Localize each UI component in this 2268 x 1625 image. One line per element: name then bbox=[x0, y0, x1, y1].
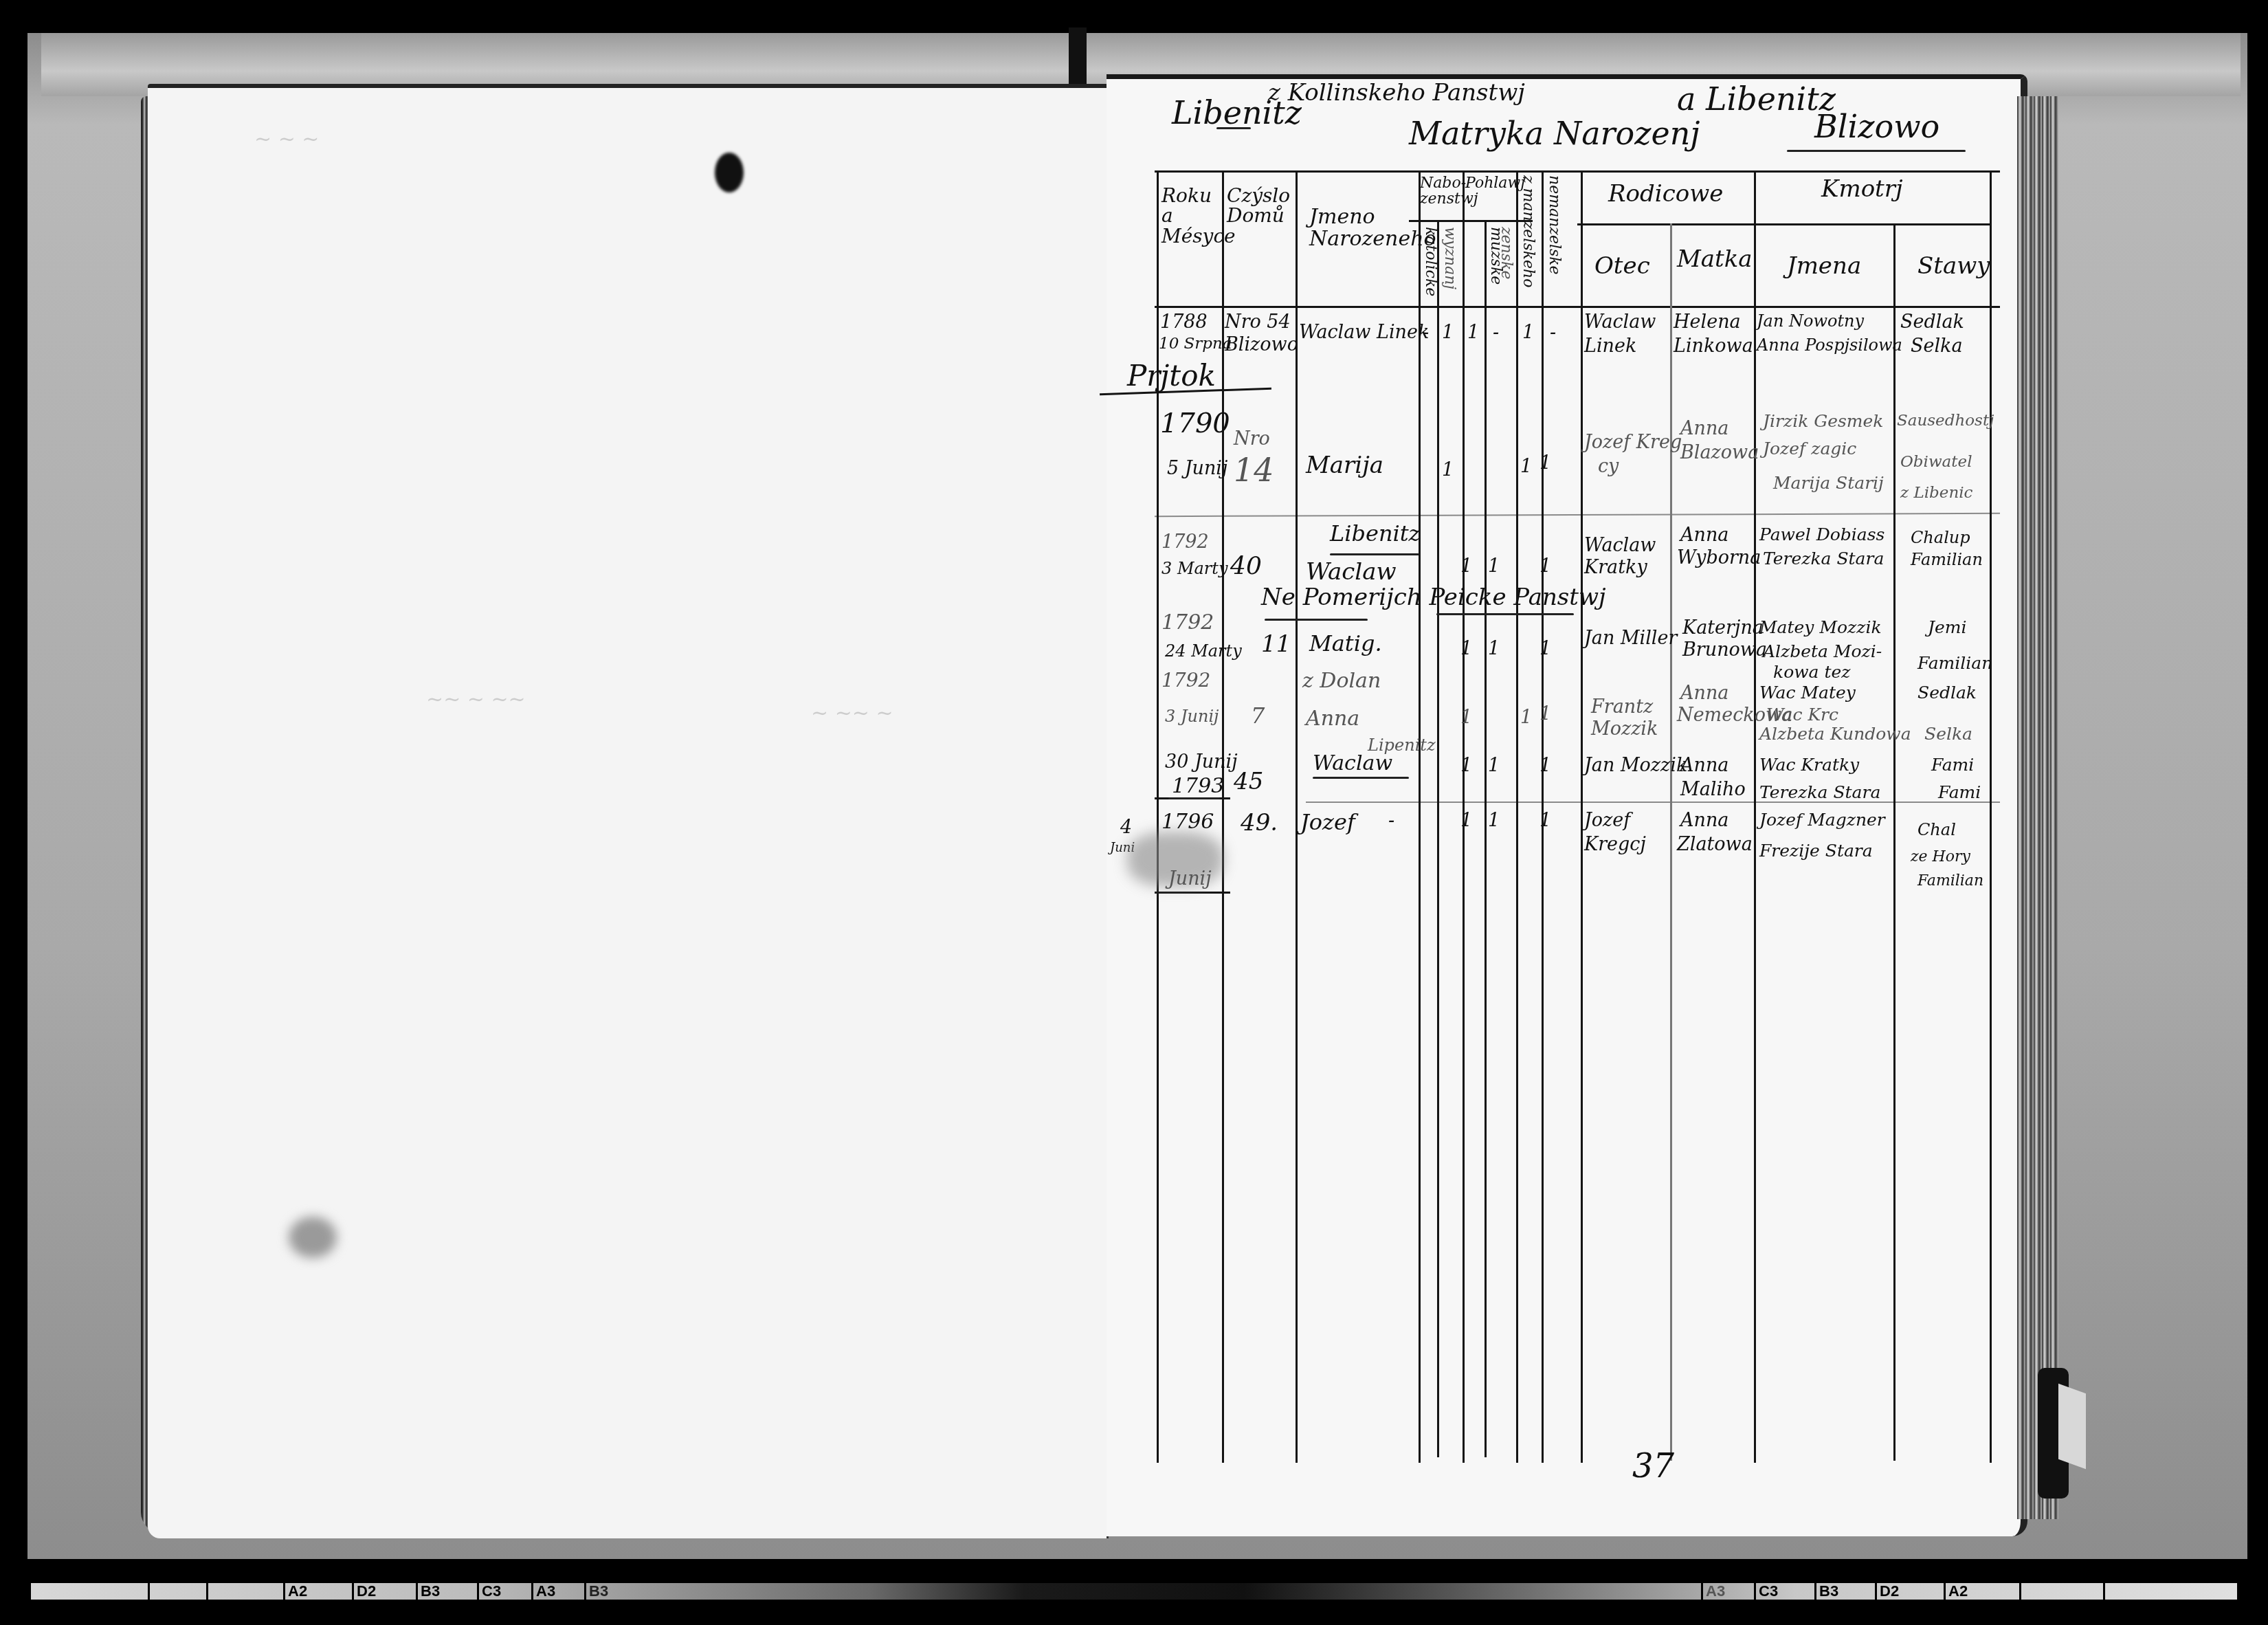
scale-label: A3 bbox=[531, 1583, 583, 1600]
entry-mother: Anna bbox=[1680, 811, 1728, 830]
header-religion-catholic: katolicke bbox=[1423, 227, 1438, 296]
entry-status: Sedlak bbox=[1900, 313, 1964, 332]
entry-mother: Anna bbox=[1680, 756, 1728, 775]
header-sex-female: zenske bbox=[1498, 227, 1514, 279]
entry-mark: 1 bbox=[1539, 705, 1551, 724]
row-divider bbox=[1155, 892, 1230, 894]
entry-child-name: Marija bbox=[1306, 454, 1383, 478]
entry-mark: 1 bbox=[1520, 708, 1532, 727]
header-sex: Pohlawj bbox=[1465, 175, 1525, 191]
place-underline bbox=[1330, 553, 1419, 555]
right-page-edge bbox=[2017, 96, 2058, 1519]
header-parents: Rodicowe bbox=[1608, 182, 1723, 207]
entry-status: Fami bbox=[1931, 756, 1974, 774]
header-date: Roku a Mésyce bbox=[1161, 186, 1220, 246]
entry-father-surname: Linek bbox=[1584, 337, 1636, 356]
name-underline bbox=[1313, 777, 1409, 779]
entry-godparent: Frezije Stara bbox=[1759, 842, 1873, 860]
scale-label: B3 bbox=[1814, 1583, 1875, 1600]
header-legitimate: z manzelskeho bbox=[1520, 175, 1536, 287]
col-line bbox=[1296, 170, 1298, 1463]
entry-mark: 1 bbox=[1488, 756, 1500, 775]
entry-mark: 1 bbox=[1539, 454, 1551, 473]
scale-label: A2 bbox=[1944, 1583, 2019, 1600]
bleed-through-text: ~ ~~ ~ bbox=[811, 701, 893, 725]
entry-status: Familian bbox=[1911, 551, 1983, 568]
entry-status: Selka bbox=[1924, 725, 1972, 743]
entry-house: Nro bbox=[1234, 430, 1270, 449]
col-line bbox=[1581, 170, 1583, 1463]
entry-godparent: Wac Matey bbox=[1759, 684, 1856, 702]
margin-note-day: 4 bbox=[1120, 818, 1132, 837]
col-line bbox=[1419, 170, 1421, 1463]
entry-day-month: 10 Srpna bbox=[1159, 335, 1232, 352]
title-parish: a Libenitz bbox=[1677, 82, 1836, 115]
entry-day-month: Junij bbox=[1168, 870, 1212, 889]
entry-mark: 1 bbox=[1522, 323, 1534, 342]
entry-mark: 1 bbox=[1539, 557, 1551, 576]
entry-status: Obiwatel bbox=[1900, 454, 1972, 470]
entry-status: Chal bbox=[1917, 821, 1956, 839]
entry-mother-surname: Brunowa bbox=[1682, 641, 1767, 660]
header-name: Jmeno Narozeneho bbox=[1309, 206, 1412, 250]
entry-mother-surname: Linkowa bbox=[1674, 337, 1753, 356]
scale-label: A3 bbox=[1701, 1583, 1753, 1600]
entry-status: Selka bbox=[1911, 337, 1963, 356]
scale-label: B3 bbox=[584, 1583, 632, 1600]
entry-mark: - bbox=[1550, 323, 1556, 342]
header-godparent-names: Jmena bbox=[1787, 254, 1861, 279]
col-line bbox=[1485, 220, 1487, 1457]
entry-day-month: 30 Junij bbox=[1165, 753, 1238, 772]
entry-mother-surname: Maliho bbox=[1680, 780, 1746, 799]
col-line bbox=[1754, 170, 1756, 1463]
entry-father: Jozef bbox=[1584, 811, 1630, 830]
entry-mother-surname: Zlatowa bbox=[1677, 835, 1753, 854]
header-mother: Matka bbox=[1677, 247, 1753, 272]
entry-day-month: 3 Marty bbox=[1161, 560, 1227, 577]
grid-top bbox=[1155, 170, 2000, 173]
entry-mark: 1 bbox=[1460, 811, 1472, 830]
entry-child-name: Anna bbox=[1306, 708, 1359, 730]
col-line bbox=[1893, 223, 1895, 1461]
entry-mother-surname: Wyborna bbox=[1677, 549, 1761, 568]
entry-godparent: Terezka Stara bbox=[1763, 550, 1884, 568]
entry-house: 40 bbox=[1230, 553, 1262, 579]
entry-status: Jemi bbox=[1928, 619, 1967, 637]
scale-label: C3 bbox=[477, 1583, 529, 1600]
entry-mark: 1 bbox=[1539, 639, 1551, 659]
title-estate: z Kollinskeho Panstwj bbox=[1268, 81, 1525, 106]
entry-godparent: kowa tez bbox=[1773, 663, 1850, 681]
entry-year: 1792 bbox=[1161, 612, 1214, 634]
entry-year: 1788 bbox=[1160, 313, 1208, 332]
entry-mark: 1 bbox=[1460, 708, 1472, 727]
entry-mother: Anna bbox=[1680, 684, 1728, 703]
entry-father-surname: Kregcj bbox=[1584, 835, 1646, 854]
entry-mark: 1 bbox=[1488, 811, 1500, 830]
entry-mark: 1 bbox=[1488, 557, 1500, 576]
scale-cell bbox=[2103, 1583, 2192, 1600]
header-godparent-status: Stawy bbox=[1917, 254, 1990, 279]
entry-mark: 1 bbox=[1539, 811, 1551, 830]
entry-father: Waclaw bbox=[1584, 313, 1656, 332]
entry-godparent: Alzbeta Mozi- bbox=[1763, 643, 1882, 661]
entry-mark: 1 bbox=[1539, 756, 1551, 775]
col-line bbox=[1437, 220, 1439, 1457]
side-note: Prjtok bbox=[1127, 361, 1216, 391]
entry-status: Fami bbox=[1938, 784, 1981, 802]
date-underline bbox=[1168, 797, 1220, 799]
header-father: Otec bbox=[1594, 254, 1650, 279]
entry-mark: - bbox=[1493, 323, 1499, 342]
header-house-number: Czýslo Domů bbox=[1227, 186, 1289, 226]
entry-father: Jan Mozzik bbox=[1584, 756, 1687, 775]
entry-year: 1792 bbox=[1161, 533, 1209, 552]
entry-father: Jozef Kreg bbox=[1584, 433, 1682, 452]
header-godparents: Kmotrj bbox=[1821, 177, 1903, 202]
entry-place-header: Ne Pomerijch Peicke Panstwj bbox=[1261, 586, 1606, 610]
col-line bbox=[1516, 170, 1518, 1463]
entry-year: 1796 bbox=[1161, 811, 1214, 833]
entry-godparent: Wac Krc bbox=[1766, 706, 1838, 724]
entry-father: Frantz bbox=[1591, 698, 1653, 717]
entry-godparent: Terezka Stara bbox=[1759, 784, 1880, 802]
entry-house: 49. bbox=[1241, 811, 1278, 836]
ink-stain bbox=[715, 153, 744, 192]
entry-godparent: Alzbeta Kundowa bbox=[1759, 725, 1911, 743]
grid-sub bbox=[1409, 220, 1533, 222]
right-page bbox=[1107, 74, 2027, 1536]
entry-house-number: 14 bbox=[1234, 454, 1274, 487]
entry-house: 45 bbox=[1234, 770, 1263, 795]
entry-mark: 1 bbox=[1460, 639, 1472, 659]
entry-godparent: Pawel Dobiass bbox=[1759, 526, 1885, 544]
scale-label: C3 bbox=[1754, 1583, 1814, 1600]
entry-mother-surname: Blazowa bbox=[1680, 443, 1759, 463]
row-divider bbox=[1306, 802, 2000, 803]
scale-cell bbox=[2019, 1583, 2102, 1600]
entry-godparent: Jan Nowotny bbox=[1757, 313, 1864, 330]
entry-father: Jan Miller bbox=[1584, 629, 1677, 648]
entry-father-surname: Mozzik bbox=[1591, 720, 1658, 739]
entry-mother: Helena bbox=[1674, 313, 1741, 332]
title-village: Blizowo bbox=[1814, 110, 1939, 143]
entry-child-name: Waclaw bbox=[1306, 560, 1397, 585]
entry-day-month: 24 Marty bbox=[1165, 643, 1242, 660]
entry-godparent: Marija Starij bbox=[1773, 474, 1884, 492]
entry-status: Sedlak bbox=[1917, 684, 1977, 702]
entry-place-header: z Dolan bbox=[1302, 670, 1381, 692]
entry-day-month: 5 Junij bbox=[1167, 459, 1227, 478]
entry-godparent: Anna Pospjsilowa bbox=[1757, 337, 1902, 354]
entry-name-note: - bbox=[1388, 811, 1394, 830]
entry-mother: Katerjna bbox=[1682, 619, 1764, 638]
entry-status: Chalup bbox=[1911, 529, 1970, 546]
title-matrika-text: Matryka Narozenj bbox=[1409, 117, 1700, 150]
left-page-blank bbox=[148, 84, 1109, 1538]
header-illegitimate: nemanzelske bbox=[1546, 175, 1562, 275]
tab-paper-slip bbox=[2058, 1384, 2086, 1470]
scale-label: A2 bbox=[283, 1583, 351, 1600]
entry-status: Familian bbox=[1917, 873, 1983, 889]
entry-mark: 1 bbox=[1520, 457, 1532, 476]
header-religion-other: wyznanj bbox=[1442, 227, 1458, 289]
entry-year: 1790 bbox=[1160, 409, 1230, 438]
entry-mark: 1 bbox=[1460, 557, 1472, 576]
title-underline bbox=[1216, 127, 1251, 129]
entry-mark: 1 bbox=[1460, 756, 1472, 775]
entry-day-month: 3 Junij bbox=[1165, 708, 1219, 725]
entry-godparent: Jozef Magzner bbox=[1759, 811, 1885, 829]
entry-status: Sausedhostj bbox=[1897, 412, 1994, 429]
entry-child-name: Waclaw Linek bbox=[1299, 323, 1429, 342]
entry-status: Familian bbox=[1917, 654, 1992, 672]
scale-label: D2 bbox=[1875, 1583, 1944, 1600]
entry-father-surname: Kratky bbox=[1584, 558, 1647, 577]
entry-child-name: Waclaw bbox=[1313, 753, 1392, 775]
scale-label: D2 bbox=[352, 1583, 414, 1600]
entry-mark: 1 bbox=[1442, 323, 1454, 342]
entry-house-village: Blizowo bbox=[1225, 335, 1298, 355]
header-religion: Nabo-zenstwj bbox=[1420, 175, 1461, 207]
entry-father-surname: cy bbox=[1598, 457, 1619, 476]
entry-year: 1792 bbox=[1161, 670, 1210, 690]
bleed-through-text: ~~ ~ ~~ bbox=[426, 687, 526, 711]
entry-house: 11 bbox=[1261, 632, 1291, 657]
smudge-mark bbox=[289, 1217, 337, 1258]
grid-header-bottom bbox=[1155, 306, 2000, 308]
entry-godparent: Matey Mozzik bbox=[1759, 619, 1882, 637]
entry-house: Nro 54 bbox=[1225, 313, 1291, 332]
entry-child-name: Jozef bbox=[1300, 811, 1355, 834]
entry-child-name: Matig. bbox=[1309, 632, 1382, 656]
entry-godparent: Jirzik Gesmek bbox=[1763, 412, 1883, 430]
title-underline bbox=[1787, 150, 1966, 152]
entry-status: z Libenic bbox=[1900, 485, 1972, 501]
entry-mother: Anna bbox=[1680, 419, 1728, 439]
entry-godparent: Wac Kratky bbox=[1759, 756, 1859, 774]
col-line bbox=[1670, 223, 1672, 1461]
grid-sub bbox=[1577, 223, 1990, 225]
entry-mark: 1 bbox=[1442, 461, 1454, 480]
entry-father: Waclaw bbox=[1584, 536, 1656, 555]
entry-house: 7 bbox=[1251, 705, 1265, 728]
col-line bbox=[1222, 170, 1224, 1463]
entry-mark: 1 bbox=[1467, 323, 1479, 342]
col-line bbox=[1990, 170, 1992, 1463]
entry-godparent: Jozef zagic bbox=[1763, 440, 1856, 458]
entry-mother: Anna bbox=[1680, 526, 1728, 545]
entry-place-header: Libenitz bbox=[1330, 522, 1420, 546]
entry-status: ze Hory bbox=[1911, 849, 1970, 865]
bleed-through-text: ~ ~ ~ bbox=[254, 127, 319, 151]
entry-mark: 1 bbox=[1488, 639, 1500, 659]
scale-cell bbox=[206, 1583, 282, 1600]
entry-mark: - bbox=[1423, 323, 1429, 342]
page-number: 37 bbox=[1632, 1447, 1674, 1485]
place-underline bbox=[1265, 619, 1368, 621]
scale-label: B3 bbox=[416, 1583, 474, 1600]
entry-year: 1793 bbox=[1172, 775, 1224, 797]
place-underline bbox=[1436, 613, 1574, 615]
